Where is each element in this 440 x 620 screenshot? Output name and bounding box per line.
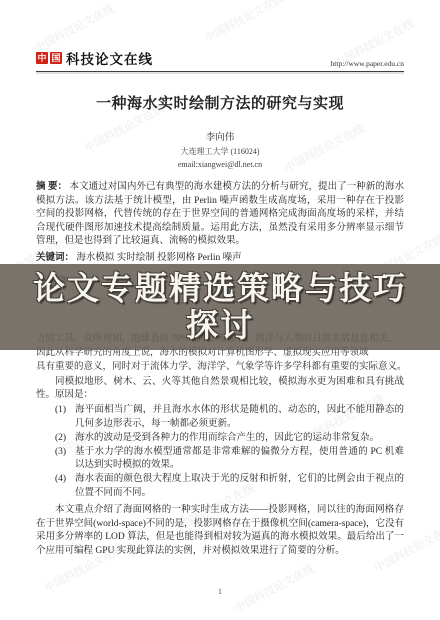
closing-paragraph: 本文重点介绍了海面网格的一种实时生成方法——投影网格，同以往的海面网格存在于世界…	[36, 504, 404, 559]
site-logo: 中 国 科技论文在线	[36, 48, 153, 68]
paper-page: 中国科技论文在线中国科技论文在线中国科技论文在线中国科技论文在线中国科技论文在线…	[0, 0, 440, 620]
list-item: (3)基于水力学的海水模型通常都是非常难解的偏微分方程，使用普通的 PC 机难以…	[36, 446, 404, 474]
list-item-text: 海平面相当广阔，并且海水水体的形状是随机的、动态的，因此不能用静态的几何多边形表…	[75, 404, 404, 432]
list-item-text: 海水的波动是受到各种力的作用而综合产生的，因此它的运动非常复杂。	[75, 432, 404, 446]
paper-title: 一种海水实时绘制方法的研究与实现	[36, 92, 404, 113]
reason-list: (1)海平面相当广阔，并且海水水体的形状是随机的、动态的，因此不能用静态的几何多…	[36, 404, 404, 501]
author-name: 李向伟	[36, 129, 404, 143]
compare-paragraph: 同模拟地形、树木、云、火等其他自然景观相比较，模拟海水更为困难和具有挑战性。原因…	[36, 376, 404, 404]
page-number: 1	[0, 587, 440, 596]
list-item-text: 基于水力学的海水模型通常都是非常难解的偏微分方程，使用普通的 PC 机难以达到实…	[75, 446, 404, 474]
abstract-text: 本文通过对国内外已有典型的海水建模方法的分析与研究，提出了一种新的海水模拟方法。…	[36, 182, 404, 246]
list-item-number: (4)	[55, 473, 75, 501]
keywords-label: 关键词：	[36, 253, 74, 263]
site-header: 中 国 科技论文在线 http://www.paper.edu.cn	[36, 0, 404, 72]
promo-banner-overlay: 论文专题精选策略与技巧 探讨	[0, 264, 440, 350]
logo-text: 科技论文在线	[66, 48, 153, 68]
list-item: (2)海水的波动是受到各种力的作用而综合产生的，因此它的运动非常复杂。	[36, 432, 404, 446]
abstract-paragraph: 摘 要： 本文通过对国内外已有典型的海水建模方法的分析与研究，提出了一种新的海水…	[36, 181, 404, 249]
site-url-link[interactable]: http://www.paper.edu.cn	[331, 59, 404, 68]
author-email: email:xiangwei@dl.net.cn	[36, 160, 404, 169]
list-item-text: 海水表面的颜色很大程度上取决于光的反射和折射，它们的比例会由于视点的位置不同而不…	[75, 473, 404, 501]
list-item-number: (2)	[55, 432, 75, 446]
list-item: (4)海水表面的颜色很大程度上取决于光的反射和折射，它们的比例会由于视点的位置不…	[36, 473, 404, 501]
banner-title-line2: 探讨	[186, 307, 254, 344]
logo-box-icon: 国	[50, 52, 62, 64]
author-affiliation: 大连理工大学 (116024)	[36, 146, 404, 157]
banner-title-line1: 论文专题精选策略与技巧	[33, 270, 407, 307]
list-item: (1)海平面相当广阔，并且海水水体的形状是随机的、动态的，因此不能用静态的几何多…	[36, 404, 404, 432]
abstract-label: 摘 要：	[36, 182, 67, 192]
list-item-number: (3)	[55, 446, 75, 474]
keywords-text: 海水模拟 实时绘制 投影网格 Perlin 噪声	[76, 253, 241, 263]
list-item-number: (1)	[55, 404, 75, 432]
intro-occluded-line: 具有重要的意义，同时对于流体力学、海洋学、气象学等许多学科都有重要的实际意义。	[36, 360, 404, 374]
logo-box-icon: 中	[36, 52, 48, 64]
